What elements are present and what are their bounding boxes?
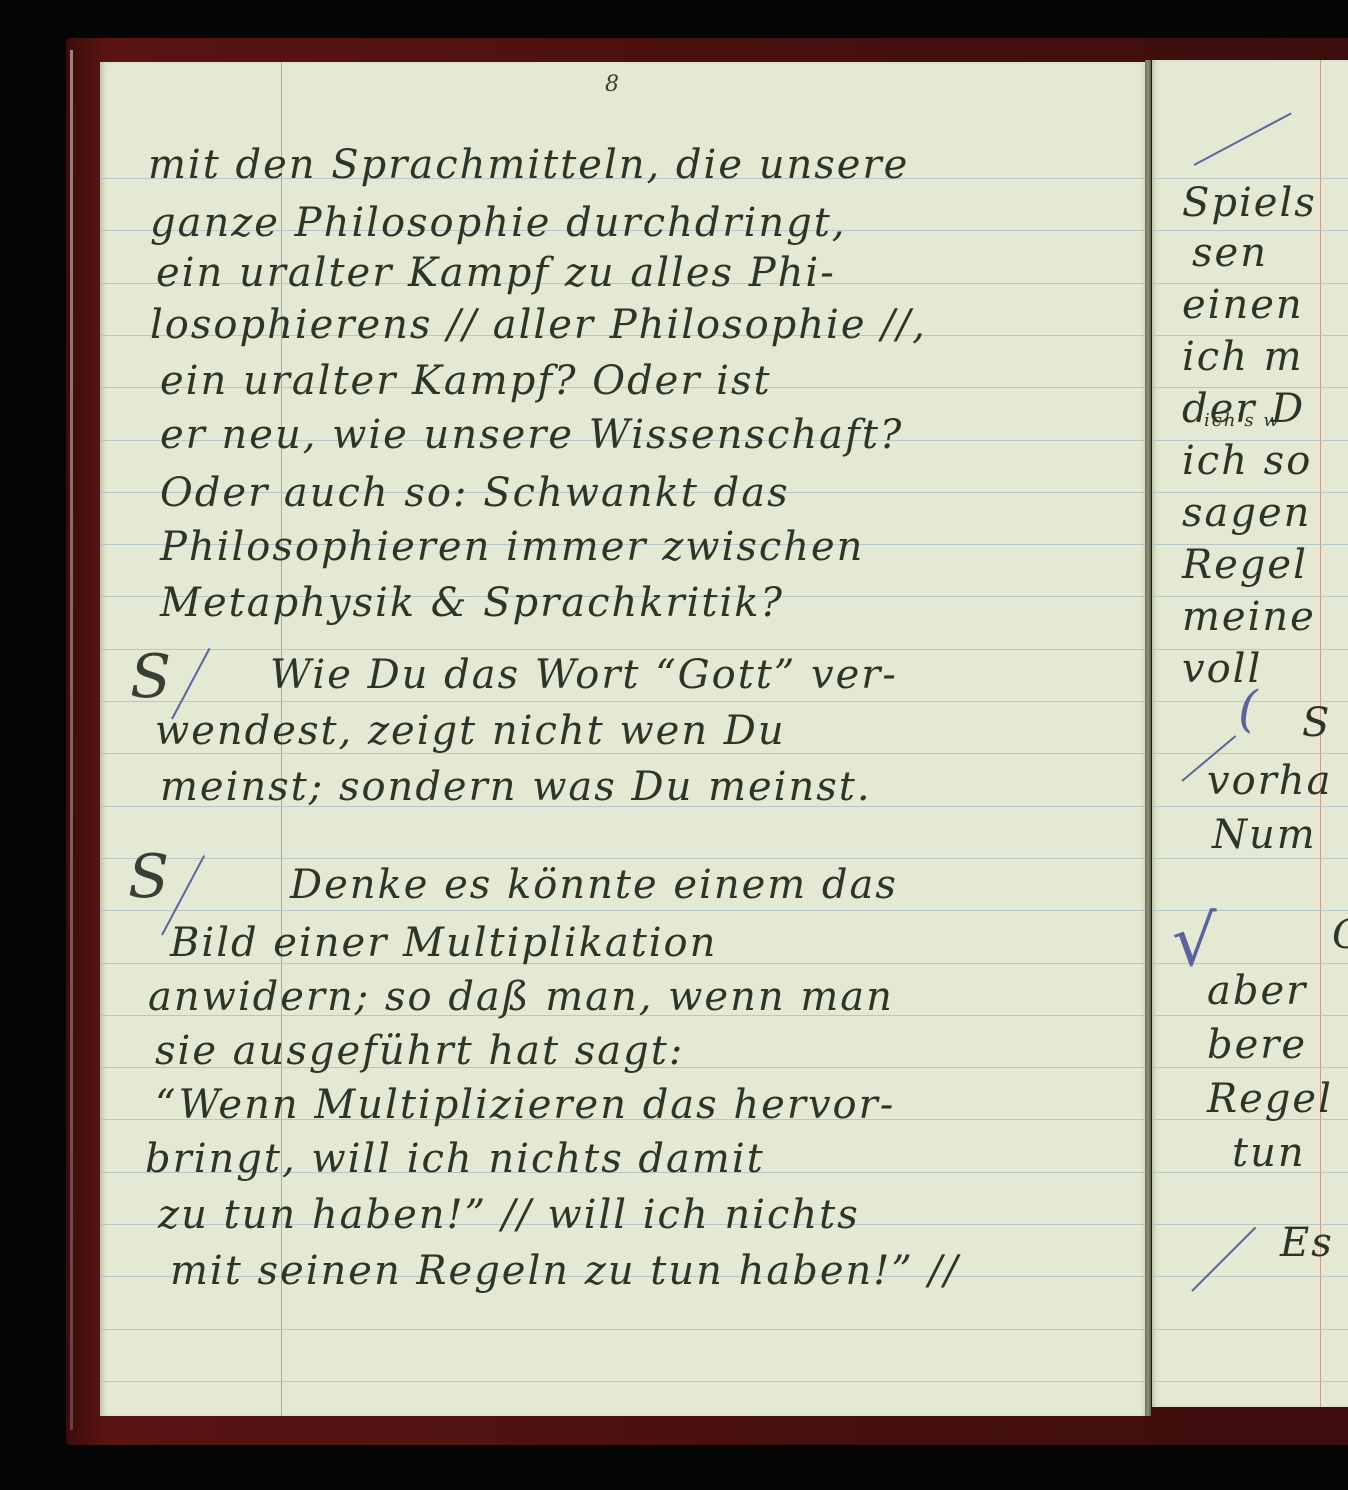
blue-paren-mark: ( [1238,680,1258,738]
text-line-2: ganze Philosophie durchdringt, [150,200,847,246]
text-line-20: mit seinen Regeln zu tun haben!” // [170,1248,959,1294]
ruled-line [1152,1381,1348,1382]
ruled-line [100,649,1146,650]
text-line-19: zu tun haben!” // will ich nichts [158,1192,860,1238]
cover-edge-highlight [70,50,73,1430]
ruled-line [100,701,1146,702]
right-line-1: Spiels [1182,180,1317,226]
right-line-19: Es [1280,1220,1334,1266]
blue-slash-mark [1194,112,1292,165]
right-line-6: ich so [1182,438,1312,484]
right-line-18: tun [1232,1130,1306,1176]
text-line-5: ein uralter Kampf? Oder ist [160,358,772,404]
notebook-gutter [1145,60,1151,1416]
right-line-8: Regel [1182,542,1308,588]
ruled-line [100,1381,1146,1382]
ruled-line [100,1329,1146,1330]
right-line-14: O [1332,912,1348,958]
text-line-11: wendest, zeigt nicht wen Du [155,708,786,754]
section-mark-s: S [130,642,171,712]
right-line-11: S [1302,700,1331,746]
ruled-line [1152,753,1348,754]
text-line-17: “Wenn Multiplizieren das hervor- [155,1082,895,1128]
text-line-3: ein uralter Kampf zu alles Phi- [156,250,836,296]
ruled-line [1152,806,1348,807]
text-line-15: anwidern; so daß man, wenn man [148,974,894,1020]
text-line-8: Philosophieren immer zwischen [160,524,864,570]
ruled-line [1152,178,1348,179]
blue-slash-mark [1191,1227,1256,1292]
right-line-12: vorha [1207,758,1332,804]
text-line-16: sie ausgeführt hat sagt: [155,1028,684,1074]
right-page: Spiels sen einen ich m der D ich's w ich… [1152,60,1348,1407]
right-line-15: aber [1207,968,1307,1014]
text-line-14: Bild einer Multiplikation [170,920,717,966]
right-line-13: Num [1212,812,1317,858]
ruled-line [1152,1015,1348,1016]
text-line-12: meinst; sondern was Du meinst. [160,764,872,810]
text-line-4: losophierens // aller Philosophie //, [150,302,927,348]
right-line-16: bere [1207,1022,1307,1068]
right-line-3: einen [1182,282,1304,328]
ruled-line [1152,1276,1348,1277]
interlinear-note: ich's w [1204,410,1281,431]
text-line-9: Metaphysik & Sprachkritik? [160,580,784,626]
right-line-7: sagen [1182,490,1311,536]
text-line-13: Denke es könnte einem das [290,862,898,908]
ruled-line [1152,1329,1348,1330]
right-line-17: Regel [1207,1076,1333,1122]
ruled-line [1152,858,1348,859]
right-line-9: meine [1182,594,1316,640]
left-page: 8 mit den Sprachmitteln, die unsere ganz… [100,62,1146,1416]
text-line-6: er neu, wie unsere Wissenschaft? [160,412,903,458]
section-mark-s: S [128,842,169,912]
text-line-18: bringt, will ich nichts damit [145,1136,765,1182]
text-line-1: mit den Sprachmitteln, die unsere [148,142,909,188]
ruled-line [100,858,1146,859]
right-line-2: sen [1192,230,1268,276]
ruled-line [100,910,1146,911]
text-line-10: Wie Du das Wort “Gott” ver- [270,652,898,698]
text-line-7: Oder auch so: Schwankt das [160,470,790,516]
right-line-4: ich m [1182,334,1304,380]
page-number: 8 [605,72,619,97]
